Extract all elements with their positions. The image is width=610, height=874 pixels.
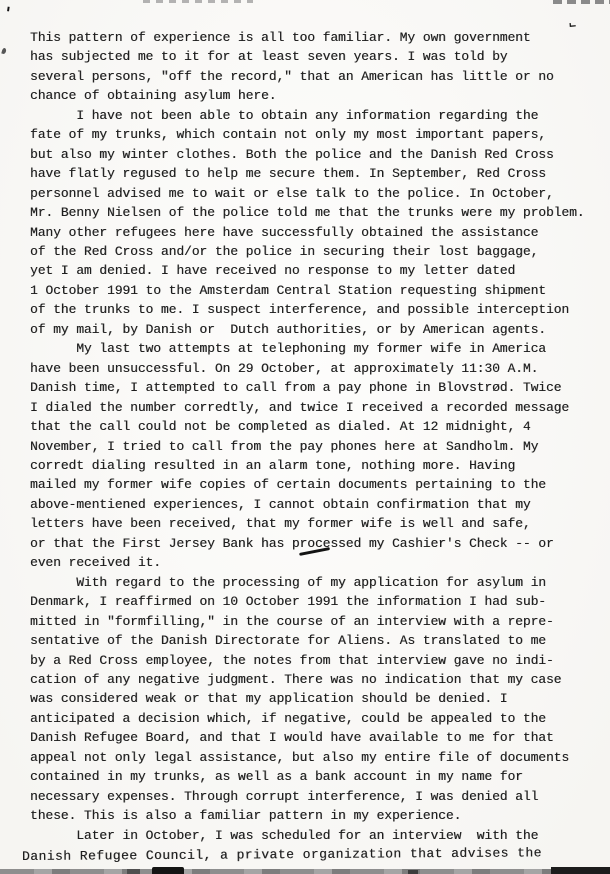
text-line: Denmark, I reaffirmed on 10 October 1991…: [30, 592, 596, 611]
text-line: yet I am denied. I have received no resp…: [30, 261, 596, 280]
text-line: of the Red Cross and/or the police in se…: [30, 242, 596, 261]
document-text: This pattern of experience is all too fa…: [30, 28, 596, 864]
text-line: With regard to the processing of my appl…: [30, 573, 596, 592]
text-line: 1 October 1991 to the Amsterdam Central …: [30, 281, 596, 300]
text-line: corredt dialing resulted in an alarm ton…: [30, 456, 596, 475]
text-line: This pattern of experience is all too fa…: [30, 28, 596, 47]
text-line: My last two attempts at telephoning my f…: [30, 339, 596, 358]
scan-artifact-apostrophe-mark: ': [4, 4, 12, 25]
text-line: Danish Refugee Council, a private organi…: [22, 843, 588, 866]
scan-artifact-bottom-dark-blob: [152, 867, 184, 874]
scan-artifact-top-right-dashes: [553, 0, 610, 4]
text-line: November, I tried to call from the pay p…: [30, 437, 596, 456]
text-line: mailed my former wife copies of certain …: [30, 475, 596, 494]
text-line: contained in my trunks, as well as a ban…: [30, 767, 596, 786]
text-line: letters have been received, that my form…: [30, 514, 596, 533]
text-line: I dialed the number corredtly, and twice…: [30, 398, 596, 417]
text-line: have flatly regused to help me secure th…: [30, 164, 596, 183]
text-line: but also my winter clothes. Both the pol…: [30, 145, 596, 164]
text-line: above-mentiened experiences, I cannot ob…: [30, 495, 596, 514]
text-line: necessary expenses. Through corrupt inte…: [30, 787, 596, 806]
text-line: appeal not only legal assistance, but al…: [30, 748, 596, 767]
text-line: personnel advised me to wait or else tal…: [30, 184, 596, 203]
text-line: several persons, "off the record," that …: [30, 67, 596, 86]
text-line: by a Red Cross employee, the notes from …: [30, 651, 596, 670]
text-line: of my mail, by Danish or Dutch authoriti…: [30, 320, 596, 339]
text-line: mitted in "formfilling," in the course o…: [30, 612, 596, 631]
scan-artifact-top-center-dashes: [143, 0, 253, 3]
scan-artifact-bottom-mid-speck: [408, 870, 418, 874]
text-line: Danish time, I attempted to call from a …: [30, 378, 596, 397]
text-line: cation of any negative judgment. There w…: [30, 670, 596, 689]
scan-artifact-bottom-right-dark: [551, 867, 610, 874]
text-line: sentative of the Danish Directorate for …: [30, 631, 596, 650]
text-line: Many other refugees here have successful…: [30, 223, 596, 242]
text-line: or that the First Jersey Bank has proces…: [30, 534, 596, 553]
scan-artifact-left-comma-mark: [1, 48, 6, 55]
text-line: Danish Refugee Board, and that I would h…: [30, 728, 596, 747]
text-line: Mr. Benny Nielsen of the police told me …: [30, 203, 596, 222]
text-line: was considered weak or that my applicati…: [30, 689, 596, 708]
scan-artifact-bottom-edge-band: [0, 869, 610, 874]
text-line: chance of obtaining asylum here.: [30, 86, 596, 105]
text-line: even received it.: [30, 553, 596, 572]
text-line: has subjected me to it for at least seve…: [30, 47, 596, 66]
scan-artifact-bottom-gray-blob: [127, 869, 140, 874]
text-line: that the call could not be completed as …: [30, 417, 596, 436]
scanned-page: ' ¬ This pattern of experience is all to…: [0, 0, 610, 874]
text-line: of the trunks to me. I suspect interfere…: [30, 300, 596, 319]
text-line: anticipated a decision which, if negativ…: [30, 709, 596, 728]
text-line: have been unsuccessful. On 29 October, a…: [30, 359, 596, 378]
text-line: Later in October, I was scheduled for an…: [30, 826, 596, 845]
text-line: fate of my trunks, which contain not onl…: [30, 125, 596, 144]
text-line: these. This is also a familiar pattern i…: [30, 806, 596, 825]
text-line: I have not been able to obtain any infor…: [30, 106, 596, 125]
